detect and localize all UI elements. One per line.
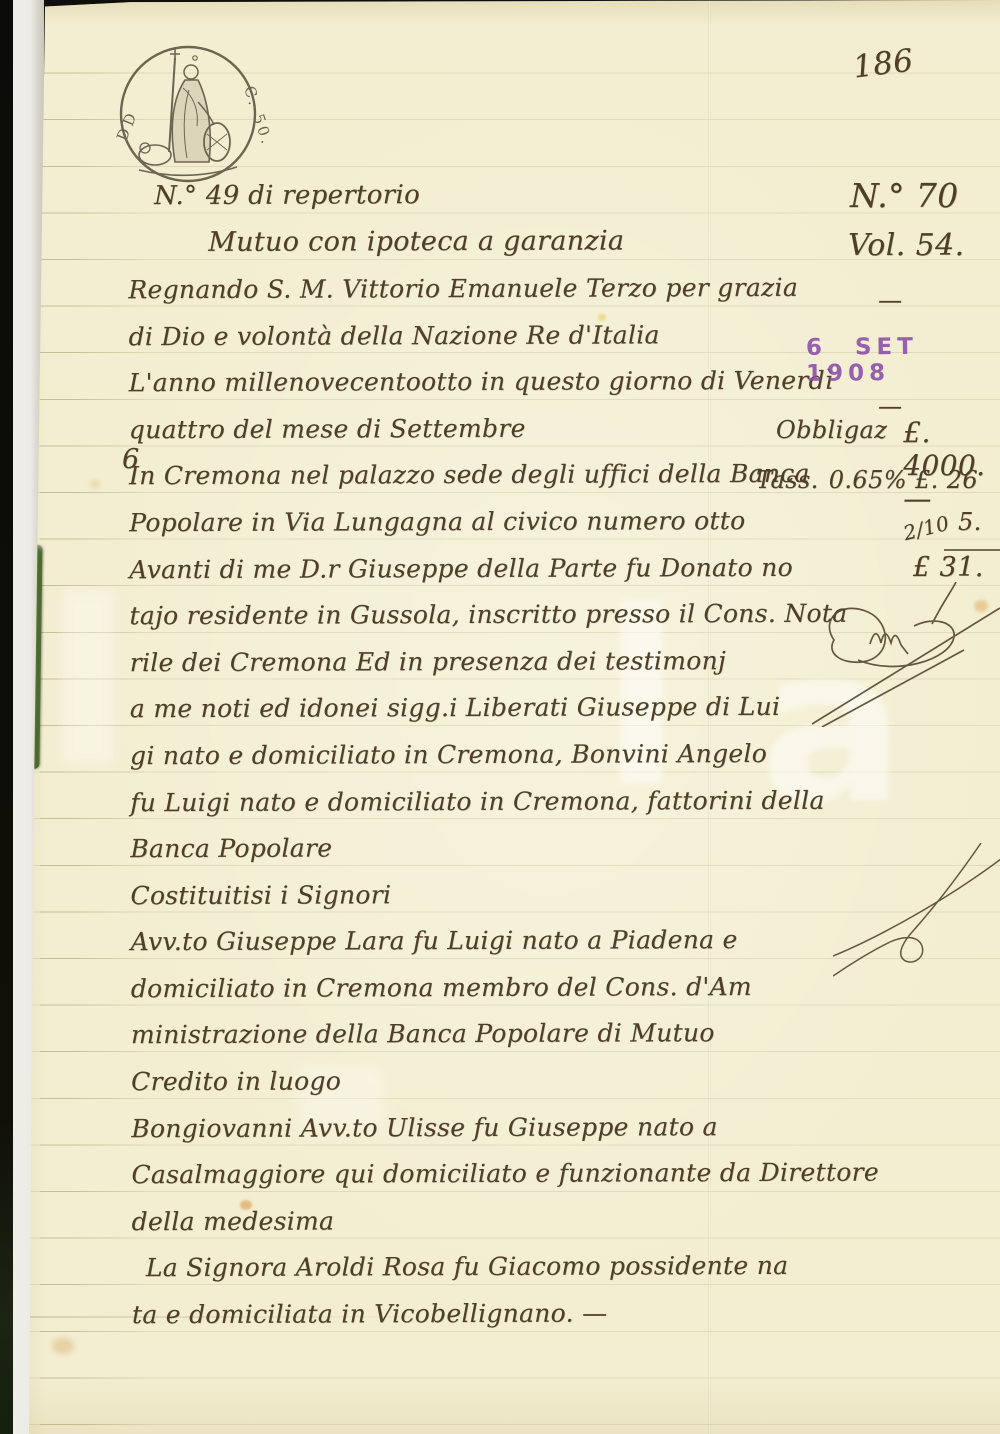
margin-mark: 6 bbox=[122, 444, 140, 475]
manuscript-line: domiciliato in Cremona membro del Cons. … bbox=[131, 963, 811, 1012]
date-stamp: 6 SET 1908 bbox=[806, 333, 1000, 387]
fee-sum-rule bbox=[944, 549, 1000, 551]
manuscript-line: Casalmaggiore qui domiciliato e funziona… bbox=[131, 1149, 811, 1198]
manuscript-line: Costituitisi i Signori bbox=[130, 870, 810, 919]
act-number: N.° 70 bbox=[850, 176, 959, 215]
manuscript-line: gi nato e domiciliato in Cremona, Bonvin… bbox=[130, 730, 810, 779]
seal-left-text: DD bbox=[113, 107, 142, 143]
manuscript-line: quattro del mese di Settembre bbox=[129, 404, 809, 453]
manuscript-line: L'anno millenovecentootto in questo gior… bbox=[129, 357, 809, 406]
manuscript-line: La Signora Aroldi Rosa fu Giacomo possid… bbox=[132, 1242, 812, 1291]
notary-paraph bbox=[812, 582, 1000, 727]
seal-value: C. 50. bbox=[240, 84, 273, 149]
manuscript-line: Credito in luogo bbox=[131, 1056, 811, 1105]
fee-tassa-label: Tass. bbox=[756, 466, 819, 494]
manuscript-line: Mutuo con ipoteca a garanzia bbox=[128, 217, 808, 266]
manuscript-line: Popolare in Via Lungagna al civico numer… bbox=[129, 497, 809, 546]
manuscript-line: rile dei Cremona Ed in presenza dei test… bbox=[130, 637, 810, 686]
scanner-edge-strip bbox=[0, 0, 13, 1434]
manuscript-text-block: N.° 49 di repertorioMutuo con ipoteca a … bbox=[128, 171, 812, 1338]
document-scan: l a DD C. bbox=[0, 0, 1000, 1434]
manuscript-line: fu Luigi nato e domiciliato in Cremona, … bbox=[130, 777, 810, 826]
watermark-ghost-bar bbox=[62, 590, 114, 765]
manuscript-line: Avv.to Giuseppe Lara fu Luigi nato a Pia… bbox=[131, 916, 811, 965]
manuscript-line: In Cremona nel palazzo sede degli uffici… bbox=[129, 450, 809, 499]
manuscript-line: Regnando S. M. Vittorio Emanuele Terzo p… bbox=[128, 264, 808, 313]
manuscript-page: l a DD C. bbox=[0, 0, 1000, 1434]
folio-number: 186 bbox=[851, 42, 915, 85]
manuscript-line: a me noti ed idonei sigg.i Liberati Gius… bbox=[130, 683, 810, 732]
manuscript-line: Avanti di me D.r Giuseppe della Parte fu… bbox=[129, 544, 809, 593]
manuscript-line: ministrazione della Banca Popolare di Mu… bbox=[131, 1009, 811, 1058]
manuscript-line: tajo residente in Gussola, inscritto pre… bbox=[129, 590, 809, 639]
pen-flourish bbox=[833, 843, 1000, 978]
fee-total-amount: £ 31. bbox=[913, 552, 984, 583]
volume-number: Vol. 54. bbox=[848, 228, 965, 263]
manuscript-line: Banca Popolare bbox=[130, 823, 810, 872]
manuscript-line: ta e domiciliata in Vicobellignano. — bbox=[132, 1289, 812, 1338]
fee-tassa: Tass. 0.65% £. 26 bbox=[756, 466, 978, 494]
manuscript-line: della medesima bbox=[132, 1196, 812, 1245]
manuscript-line: N.° 49 di repertorio bbox=[128, 171, 808, 220]
margin-dash: — bbox=[878, 286, 902, 314]
manuscript-line: di Dio e volontà della Nazione Re d'Ital… bbox=[128, 311, 808, 360]
fee-tassa-amount: 0.65% £. 26 bbox=[829, 466, 978, 494]
fee-decimi-amount: 5. bbox=[958, 508, 982, 536]
manuscript-line: Bongiovanni Avv.to Ulisse fu Giuseppe na… bbox=[131, 1103, 811, 1152]
